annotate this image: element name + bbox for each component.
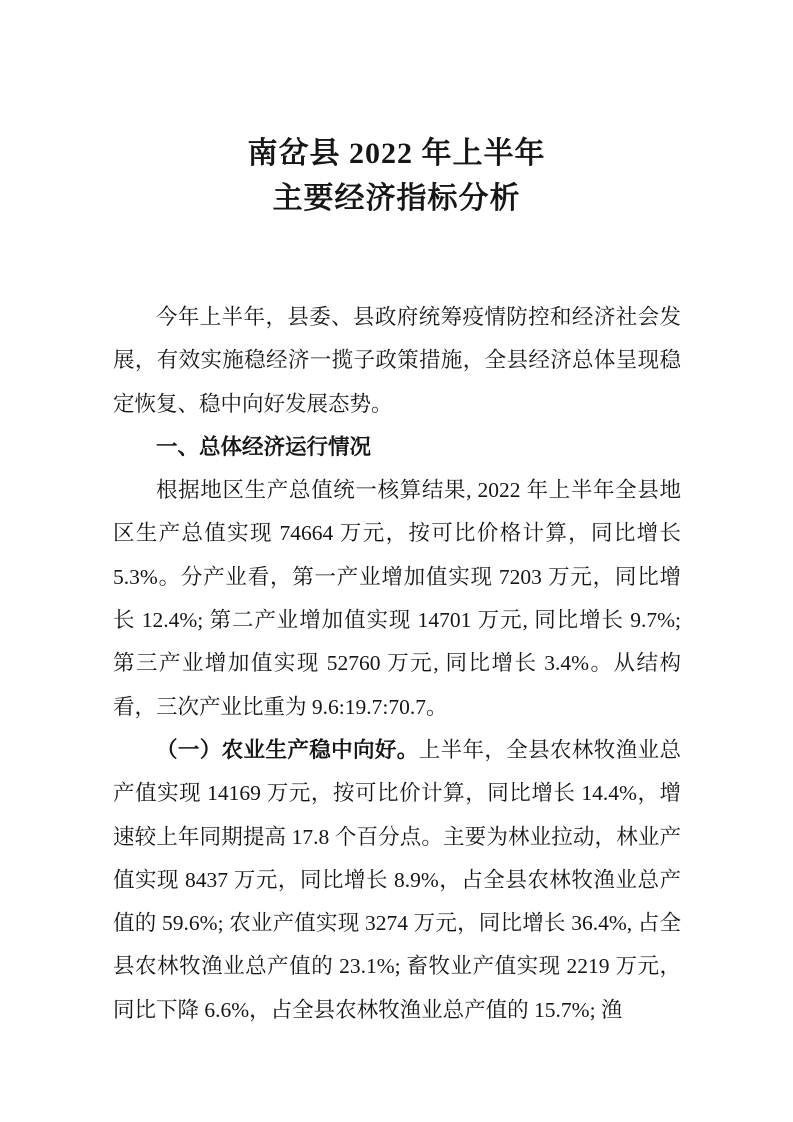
gdp-paragraph: 根据地区生产总值统一核算结果, 2022 年上半年全县地区生产总值实现 7466… (113, 469, 681, 729)
intro-paragraph: 今年上半年，县委、县政府统筹疫情防控和经济社会发展，有效实施稳经济一揽子政策措施… (113, 296, 681, 426)
section-heading-overall-economy: 一、总体经济运行情况 (113, 426, 681, 469)
document-title-line1: 南岔县 2022 年上半年 (0, 131, 793, 176)
document-title: 南岔县 2022 年上半年 主要经济指标分析 (0, 131, 793, 221)
document-title-line2: 主要经济指标分析 (0, 176, 793, 221)
agriculture-paragraph-text: 上半年，全县农林牧渔业总产值实现 14169 万元，按可比价计算，同比增长 14… (113, 738, 681, 1022)
document-body: 今年上半年，县委、县政府统筹疫情防控和经济社会发展，有效实施稳经济一揽子政策措施… (113, 296, 681, 1032)
agriculture-paragraph-lead: （一）农业生产稳中向好。 (156, 738, 419, 762)
agriculture-paragraph: （一）农业生产稳中向好。上半年，全县农林牧渔业总产值实现 14169 万元，按可… (113, 729, 681, 1032)
document-page: 南岔县 2022 年上半年 主要经济指标分析 今年上半年，县委、县政府统筹疫情防… (0, 0, 793, 1122)
